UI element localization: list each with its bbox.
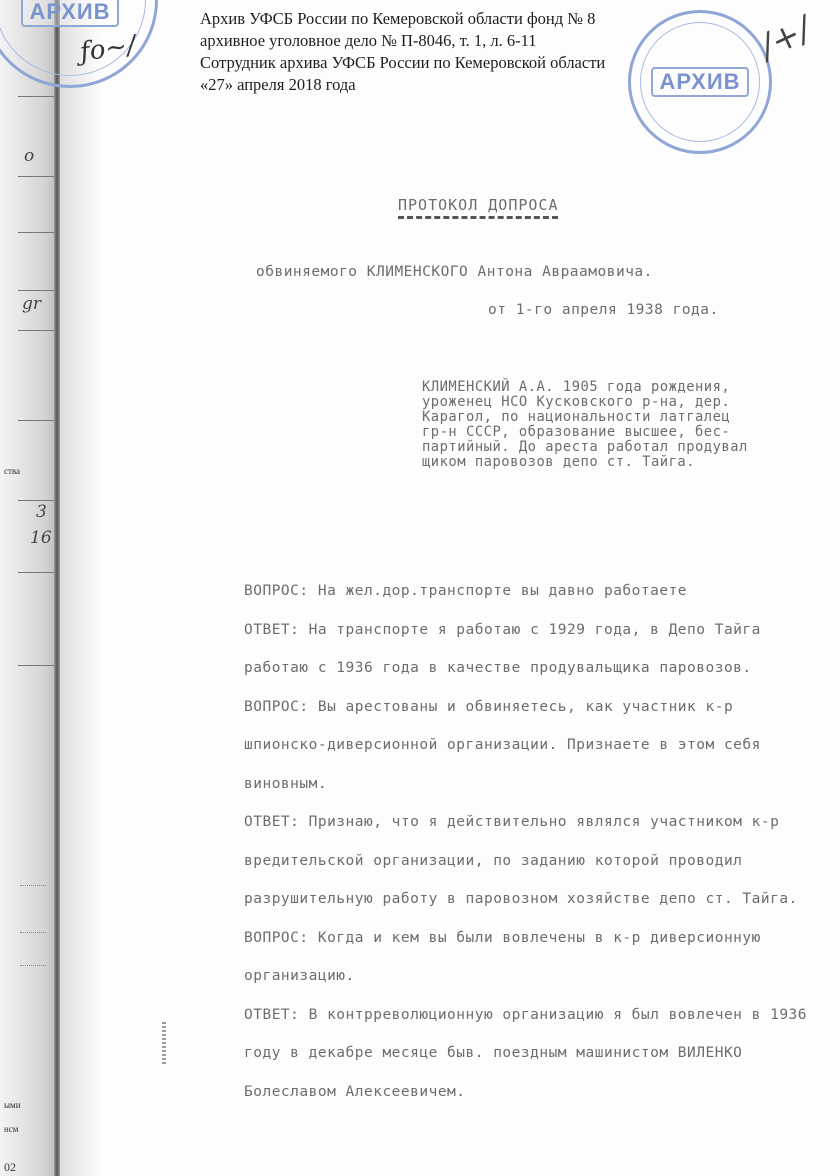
answer: ОТВЕТ: На транспорте я работаю с 1929 го… (170, 611, 820, 688)
defendant-bio: КЛИМЕНСКИЙ А.А. 1905 года рождения, урож… (422, 380, 748, 470)
archive-header-line: Сотрудник архива УФСБ России по Кемеровс… (200, 52, 605, 74)
binding-rule (18, 290, 54, 291)
binding-text: нсм (4, 1124, 19, 1134)
archive-header-line: «27» апреля 2018 года (200, 74, 605, 96)
binding-shadow (60, 0, 100, 1176)
binding-rule (18, 96, 54, 97)
binding-page-number: 02 (4, 1160, 16, 1175)
binding-handwriting: о (24, 146, 34, 166)
question: ВОПРОС: На жел.дор.транспорте вы давно р… (170, 572, 820, 611)
binding-dotted-rule (20, 932, 46, 933)
title-underline (398, 216, 558, 219)
interrogation-date: от 1-го апреля 1938 года. (488, 302, 719, 318)
answer: ОТВЕТ: Признаю, что я действительно явля… (170, 803, 820, 919)
binding-dotted-rule (20, 965, 46, 966)
binding-text: ыми (4, 1100, 21, 1110)
stamp-label: АРХИВ (651, 67, 748, 97)
binding-text: ства (4, 466, 20, 476)
bio-line: уроженец НСО Кусковского р-на, дер. (422, 395, 748, 410)
bio-line: гр-н СССР, образование высшее, бес- (422, 425, 748, 440)
archive-header: Архив УФСБ России по Кемеровской области… (200, 8, 605, 96)
bio-line: щиком паровозов депо ст. Тайга. (422, 455, 748, 470)
binding-rule (18, 572, 54, 573)
question: ВОПРОС: Когда и кем вы были вовлечены в … (170, 919, 820, 996)
question: ВОПРОС: Вы арестованы и обвиняетесь, как… (170, 688, 820, 804)
answer: ОТВЕТ: В контрреволюционную организацию … (170, 996, 820, 1112)
binding-handwriting: gr (22, 294, 41, 314)
binding-dotted-rule (20, 885, 46, 886)
archive-header-line: архивное уголовное дело № П-8046, т. 1, … (200, 30, 605, 52)
interrogation-transcript: ВОПРОС: На жел.дор.транспорте вы давно р… (170, 572, 820, 1111)
binding-rule (18, 330, 54, 331)
bio-line: Карагол, по национальности латгалец (422, 410, 748, 425)
binding-rule (18, 665, 54, 666)
binding-rule (18, 420, 54, 421)
binding-rule (18, 500, 54, 501)
archive-header-line: Архив УФСБ России по Кемеровской области… (200, 8, 605, 30)
margin-mark (162, 1022, 166, 1066)
interrogation-subject: обвиняемого КЛИМЕНСКОГО Антона Авраамови… (256, 264, 653, 280)
binding-handwriting: 16 (30, 528, 52, 548)
archive-stamp-right: АРХИВ (628, 10, 772, 154)
bio-line: КЛИМЕНСКИЙ А.А. 1905 года рождения, (422, 380, 748, 395)
stamp-label: АРХИВ (21, 0, 118, 27)
binding-rule (18, 176, 54, 177)
document-title: ПРОТОКОЛ ДОПРОСА (398, 196, 559, 214)
binding-handwriting: 3 (36, 502, 47, 522)
binding-rule (18, 232, 54, 233)
bio-line: партийный. До ареста работал продувал (422, 440, 748, 455)
